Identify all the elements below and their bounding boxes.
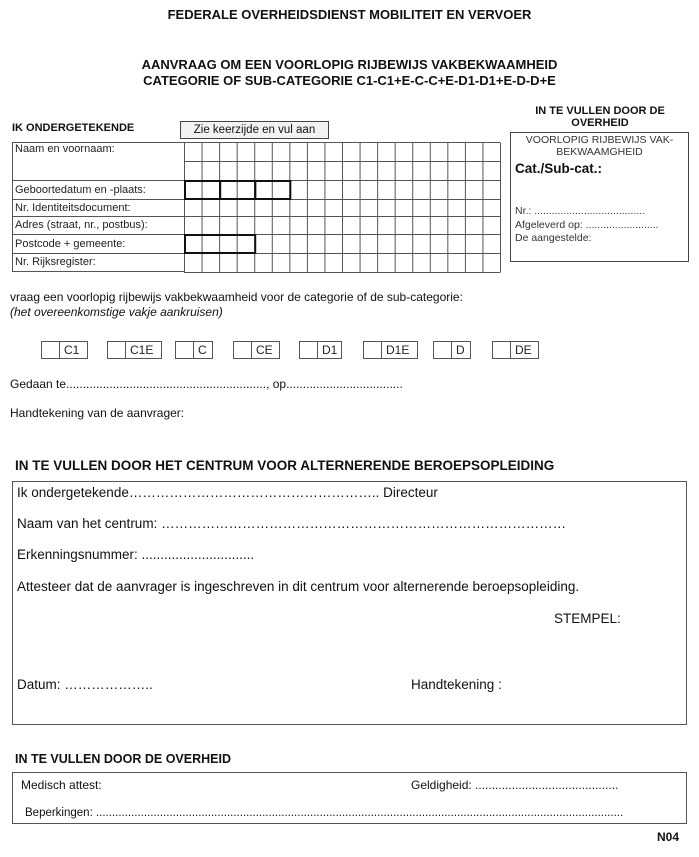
applicant-fields-table: Naam en voornaam: Geboortedatum en -plaa… bbox=[12, 142, 184, 272]
category-checkbox-d1[interactable] bbox=[300, 342, 318, 358]
category-checkbox-c1[interactable] bbox=[42, 342, 60, 358]
category-option-d1[interactable]: D1 bbox=[299, 341, 342, 359]
category-code-label: D bbox=[456, 343, 465, 357]
nr-field: Nr.: ...................................… bbox=[515, 205, 645, 217]
center-heading: IN TE VULLEN DOOR HET CENTRUM VOOR ALTER… bbox=[15, 458, 554, 473]
category-option-d1e[interactable]: D1E bbox=[363, 341, 418, 359]
form-title-line2: CATEGORIE OF SUB-CATEGORIE C1-C1+E-C-C+E… bbox=[0, 73, 699, 88]
category-option-c1[interactable]: C1 bbox=[41, 341, 88, 359]
category-code-label: DE bbox=[515, 343, 532, 357]
category-code-label: D1E bbox=[386, 343, 409, 357]
applicant-signature-label: Handtekening van de aanvrager: bbox=[10, 406, 184, 420]
government-box: Medisch attest: Geldigheid: ............… bbox=[12, 772, 687, 824]
undersigned-heading: IK ONDERGETEKENDE bbox=[12, 122, 134, 134]
category-option-c1e[interactable]: C1E bbox=[107, 341, 162, 359]
center-box: Ik ondergetekende……………………………………………….. Di… bbox=[12, 481, 687, 725]
attestation-text: Attesteer dat de aanvrager is ingeschrev… bbox=[17, 579, 579, 594]
center-name-field: Naam van het centrum: ………………………………………………… bbox=[17, 516, 566, 531]
field-label-address: Adres (straat, nr., postbus): bbox=[13, 217, 184, 235]
government-heading: IN TE VULLEN DOOR DE OVERHEID bbox=[15, 752, 231, 766]
authority-heading-line1: IN TE VULLEN DOOR DE bbox=[510, 105, 690, 117]
provisional-license-label: VOORLOPIG RIJBEWIJS VAK- BEKWAAMGHEID bbox=[511, 134, 688, 158]
category-checkbox-c1e[interactable] bbox=[108, 342, 126, 358]
category-checkbox-de[interactable] bbox=[493, 342, 511, 358]
category-code-label: C1 bbox=[64, 343, 79, 357]
request-text: vraag een voorlopig rijbewijs vakbekwaam… bbox=[10, 290, 463, 304]
category-option-c[interactable]: C bbox=[175, 341, 213, 359]
authority-heading: IN TE VULLEN DOOR DE OVERHEID bbox=[510, 105, 690, 129]
category-checkbox-ce[interactable] bbox=[234, 342, 252, 358]
issued-on-field: Afgeleverd op: ......................... bbox=[515, 219, 659, 231]
field-label-national-nr: Nr. Rijksregister: bbox=[13, 254, 184, 272]
center-date-field: Datum: ……………….. bbox=[17, 677, 153, 692]
official-field: De aangestelde: bbox=[515, 232, 591, 244]
request-instruction: (het overeenkomstige vakje aankruisen) bbox=[10, 305, 223, 319]
authority-heading-line2: OVERHEID bbox=[510, 117, 690, 129]
provisional-license-line2: BEKWAAMGHEID bbox=[511, 146, 688, 158]
category-code-label: C bbox=[198, 343, 207, 357]
done-at-line: Gedaan te...............................… bbox=[10, 377, 403, 391]
restrictions-field: Beperkingen: ...........................… bbox=[25, 807, 680, 819]
category-option-d[interactable]: D bbox=[433, 341, 471, 359]
stamp-label: STEMPEL: bbox=[554, 611, 621, 626]
center-signature-label: Handtekening : bbox=[411, 677, 502, 692]
category-code-label: CE bbox=[256, 343, 273, 357]
category-option-ce[interactable]: CE bbox=[233, 341, 280, 359]
form-title-line1: AANVRAAG OM EEN VOORLOPIG RIJBEWIJS VAKB… bbox=[0, 57, 699, 72]
category-code-label: C1E bbox=[130, 343, 153, 357]
see-reverse-button[interactable]: Zie keerzijde en vul aan bbox=[180, 121, 329, 139]
validity-field: Geldigheid: ............................… bbox=[411, 778, 618, 792]
undersigned-director: Ik ondergetekende……………………………………………….. Di… bbox=[17, 485, 438, 500]
field-label-postcode: Postcode + gemeente: bbox=[13, 235, 184, 254]
form-code: N04 bbox=[657, 830, 679, 844]
field-label-name: Naam en voornaam: bbox=[13, 143, 184, 181]
character-entry-grid[interactable] bbox=[183, 142, 501, 274]
recognition-number-field: Erkenningsnummer: ......................… bbox=[17, 547, 254, 562]
medical-certificate-label: Medisch attest: bbox=[21, 778, 102, 792]
category-label: Cat./Sub-cat.: bbox=[515, 161, 602, 176]
category-option-de[interactable]: DE bbox=[492, 341, 539, 359]
authority-box: VOORLOPIG RIJBEWIJS VAK- BEKWAAMGHEID Ca… bbox=[510, 132, 689, 262]
field-label-birth: Geboortedatum en -plaats: bbox=[13, 181, 184, 200]
field-label-id-doc: Nr. Identiteitsdocument: bbox=[13, 200, 184, 217]
provisional-license-line1: VOORLOPIG RIJBEWIJS VAK- bbox=[511, 134, 688, 146]
category-checkbox-d1e[interactable] bbox=[364, 342, 382, 358]
agency-title: FEDERALE OVERHEIDSDIENST MOBILITEIT EN V… bbox=[0, 7, 699, 22]
category-checkbox-d[interactable] bbox=[434, 342, 452, 358]
category-checkbox-c[interactable] bbox=[176, 342, 194, 358]
category-code-label: D1 bbox=[322, 343, 337, 357]
